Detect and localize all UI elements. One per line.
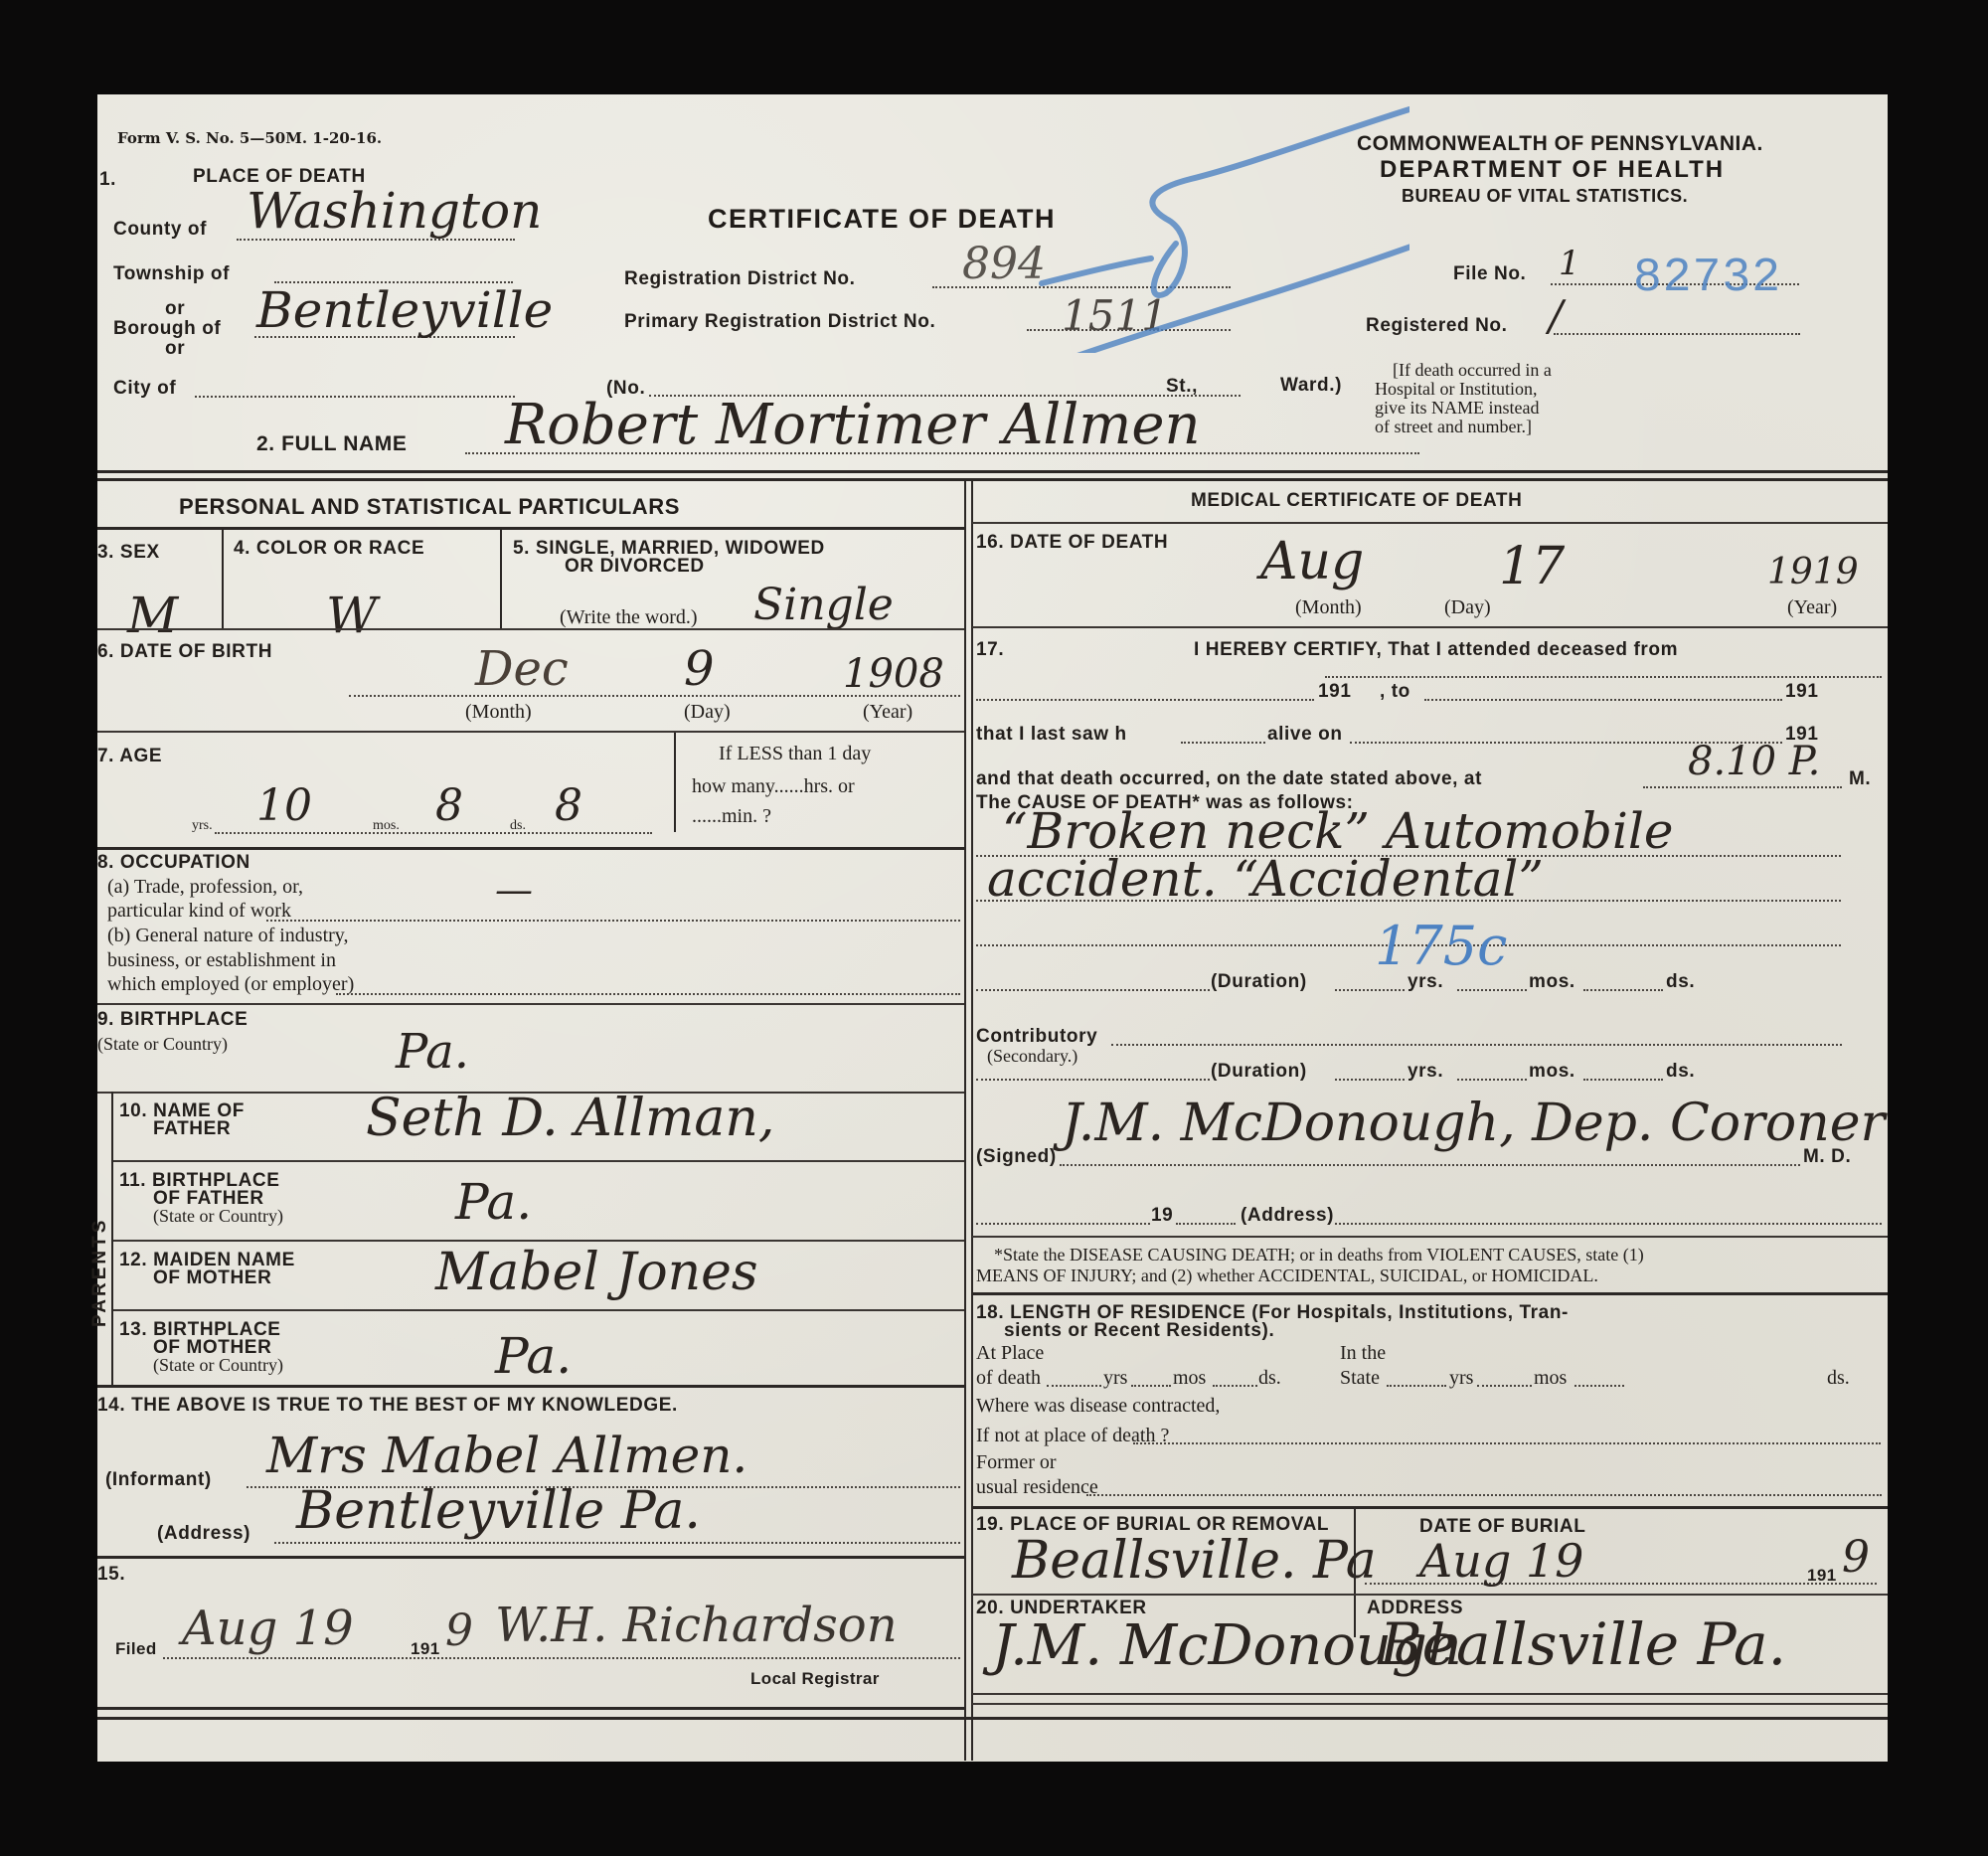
divider	[113, 1240, 964, 1242]
attended-from-year: 191	[1318, 681, 1352, 703]
registrar-signature[interactable]: W.H. Richardson	[495, 1598, 898, 1653]
father-birthplace-hint: (State or Country)	[153, 1206, 283, 1227]
md-label: M. D.	[1803, 1146, 1851, 1168]
birthplace-label: 9. BIRTHPLACE	[97, 1009, 248, 1031]
borough-label: Borough of	[113, 318, 221, 340]
race-value[interactable]: W	[326, 587, 377, 644]
contributory-label: Contributory	[976, 1026, 1097, 1048]
attended-to-line	[1424, 699, 1782, 701]
divider	[972, 626, 1888, 628]
filed-label: Filed	[115, 1639, 157, 1659]
burial-place-value[interactable]: Beallsville. Pa	[1012, 1531, 1377, 1591]
filed-line	[163, 1657, 960, 1659]
marital-value[interactable]: Single	[753, 580, 894, 630]
duration-ds-line	[1583, 1079, 1663, 1081]
attended-to-label: , to	[1380, 681, 1410, 703]
occupation-b-text-2: business, or establishment in	[107, 949, 336, 972]
divider	[972, 1236, 1888, 1238]
duration-line	[976, 989, 1210, 991]
divider	[97, 731, 964, 733]
township-label: Township of	[113, 263, 230, 285]
filed-section-number: 15.	[97, 1564, 125, 1586]
in-state-label-2: State	[1340, 1367, 1380, 1390]
form-number: Form V. S. No. 5—50M. 1-20-16.	[117, 129, 382, 147]
res-place-mos: mos	[1173, 1367, 1206, 1390]
age-label: 7. AGE	[97, 746, 162, 767]
filed-year-prefix: 191	[411, 1639, 440, 1659]
cause-value-2[interactable]: accident. “Accidental”	[987, 850, 1544, 908]
contributory-line	[1111, 1044, 1842, 1046]
res-place-yrs-line	[1047, 1385, 1101, 1387]
duration-ds-line	[1583, 989, 1663, 991]
signature-year-line	[1176, 1223, 1236, 1225]
death-certificate: Form V. S. No. 5—50M. 1-20-16. 1. PLACE …	[97, 94, 1888, 1762]
death-day-caption: (Day)	[1444, 596, 1491, 619]
ward-label: Ward.)	[1280, 375, 1342, 397]
death-month[interactable]: Aug	[1260, 532, 1364, 591]
sex-label: 3. SEX	[97, 542, 160, 564]
death-month-caption: (Month)	[1295, 596, 1362, 619]
full-name-value[interactable]: Robert Mortimer Allmen	[505, 393, 1201, 457]
last-saw-line	[1181, 742, 1265, 744]
occupation-b-line	[336, 993, 960, 995]
signature-address-label: (Address)	[1241, 1205, 1334, 1227]
city-label: City of	[113, 378, 176, 400]
divider	[97, 470, 1888, 473]
less-than-day-hrs: how many......hrs. or	[692, 775, 855, 798]
divider	[97, 1385, 964, 1388]
former-residence-label: Former or	[976, 1451, 1057, 1474]
burial-year-suffix[interactable]: 9	[1842, 1532, 1870, 1583]
birthplace-hint: (State or Country)	[97, 1034, 228, 1055]
age-ds-label: ds.	[510, 818, 526, 834]
dob-year[interactable]: 1908	[843, 651, 944, 697]
duration-mos-line	[1457, 989, 1527, 991]
column-divider	[964, 478, 966, 1761]
blue-pencil-mark-icon	[952, 104, 1409, 353]
knowledge-label: 14. THE ABOVE IS TRUE TO THE BEST OF MY …	[97, 1395, 678, 1417]
age-months[interactable]: 8	[435, 780, 463, 831]
father-name-value[interactable]: Seth D. Allman,	[366, 1089, 774, 1148]
cell-divider	[674, 733, 676, 832]
divider	[972, 1292, 1888, 1295]
duration-yrs: yrs.	[1408, 971, 1443, 993]
informant-value[interactable]: Mrs Mabel Allmen.	[266, 1427, 747, 1484]
occupation-b-text: (b) General nature of industry,	[107, 925, 349, 947]
secondary-label: (Secondary.)	[987, 1046, 1077, 1067]
res-state-mos: mos	[1534, 1367, 1567, 1390]
res-place-mos-line	[1131, 1385, 1171, 1387]
dob-label: 6. DATE OF BIRTH	[97, 641, 272, 663]
burial-date-value[interactable]: Aug 19	[1419, 1534, 1583, 1588]
or-label: or	[165, 298, 185, 320]
mother-birthplace-value[interactable]: Pa.	[495, 1327, 572, 1385]
cell-divider	[500, 529, 502, 628]
death-time-value[interactable]: 8.10 P.	[1688, 739, 1820, 784]
duration-label-2: (Duration)	[1211, 1061, 1307, 1083]
attended-from-line	[976, 699, 1314, 701]
personal-heading: PERSONAL AND STATISTICAL PARTICULARS	[179, 494, 680, 520]
mother-birthplace-hint: (State or Country)	[153, 1355, 283, 1376]
birthplace-value[interactable]: Pa.	[396, 1024, 469, 1080]
informant-label: (Informant)	[105, 1469, 212, 1491]
age-days[interactable]: 8	[555, 780, 582, 831]
divider	[97, 1717, 1888, 1720]
divider	[113, 1160, 964, 1162]
dob-day[interactable]: 9	[684, 641, 715, 697]
year-caption: (Year)	[863, 701, 912, 724]
registration-district-label: Registration District No.	[624, 268, 855, 290]
race-label: 4. COLOR OR RACE	[234, 538, 424, 560]
informant-address-label: (Address)	[157, 1523, 250, 1545]
burial-year-prefix: 191	[1807, 1566, 1837, 1586]
file-no-handwritten[interactable]: 1	[1559, 244, 1580, 283]
agency-bureau: BUREAU OF VITAL STATISTICS.	[1402, 186, 1688, 207]
certify-text: I HEREBY CERTIFY, That I attended deceas…	[1194, 639, 1678, 661]
divider	[97, 1003, 964, 1005]
date-of-death-label: 16. DATE OF DEATH	[976, 532, 1168, 554]
age-mos-label: mos.	[373, 818, 400, 834]
signature-year-prefix: 19	[1151, 1205, 1173, 1227]
divider	[97, 527, 964, 530]
res-state-yrs-line	[1387, 1385, 1446, 1387]
divider	[113, 1309, 964, 1311]
where-contracted-line	[1133, 1442, 1881, 1444]
res-place-ds: ds.	[1258, 1367, 1281, 1390]
duration-yrs-2: yrs.	[1408, 1061, 1443, 1083]
county-label: County of	[113, 219, 207, 241]
father-name-label-2: FATHER	[153, 1118, 231, 1140]
where-contracted-label: Where was disease contracted,	[976, 1395, 1220, 1418]
duration-line	[976, 1079, 1210, 1081]
mother-name-label-2: OF MOTHER	[153, 1267, 271, 1289]
in-state-label: In the	[1340, 1342, 1386, 1365]
parents-vertical-label: PARENTS	[89, 1218, 111, 1327]
undertaker-address-value[interactable]: Beallsville Pa.	[1380, 1610, 1786, 1678]
duration-ds: ds.	[1666, 971, 1695, 993]
occupation-a-text-2: particular kind of work	[107, 900, 291, 923]
occupation-a-line	[266, 920, 960, 922]
duration-mos-2: mos.	[1529, 1061, 1575, 1083]
medical-heading: MEDICAL CERTIFICATE OF DEATH	[1191, 490, 1522, 512]
divider	[972, 1693, 1888, 1695]
footnote-line-1: *State the DISEASE CAUSING DEATH; or in …	[994, 1245, 1644, 1265]
divider	[97, 847, 964, 850]
agency-department: DEPARTMENT OF HEALTH	[1380, 156, 1725, 184]
age-line	[215, 832, 652, 834]
former-residence-label-2: usual residence	[976, 1476, 1098, 1499]
or-label: or	[165, 338, 185, 360]
file-no-label: File No.	[1453, 263, 1526, 285]
residence-label-2: sients or Recent Residents).	[1004, 1320, 1274, 1342]
local-registrar-label: Local Registrar	[750, 1669, 880, 1689]
duration-mos-line	[1457, 1079, 1527, 1081]
age-years[interactable]: 10	[256, 780, 312, 831]
filed-year-suffix[interactable]: 9	[445, 1605, 473, 1656]
divider	[972, 1703, 1888, 1705]
day-caption: (Day)	[684, 701, 731, 724]
death-time-line	[1643, 786, 1842, 788]
former-residence-line	[1086, 1494, 1882, 1496]
res-place-yrs: yrs	[1103, 1367, 1127, 1390]
res-state-mos-line	[1477, 1385, 1532, 1387]
borough-value[interactable]: Bentleyville	[256, 281, 553, 339]
signed-label: (Signed)	[976, 1146, 1057, 1168]
death-day[interactable]: 17	[1499, 537, 1565, 596]
divider	[97, 1556, 964, 1559]
marital-label-2: OR DIVORCED	[565, 556, 705, 578]
death-time-label: and that death occurred, on the date sta…	[976, 768, 1482, 790]
agency-commonwealth: COMMONWEALTH OF PENNSYLVANIA.	[1357, 132, 1763, 156]
duration-yrs-line	[1335, 989, 1405, 991]
footnote-line-2: MEANS OF INJURY; and (2) whether ACCIDEN…	[976, 1265, 1598, 1286]
divider	[97, 628, 964, 630]
divider	[97, 1707, 964, 1710]
last-saw-label: that I last saw h	[976, 724, 1127, 746]
less-than-day-text: If LESS than 1 day	[719, 743, 871, 765]
certifier-signature[interactable]: J.M. McDonough, Dep. Coroner	[1062, 1094, 1885, 1153]
hospital-note: [If death occurred in a Hospital or Inst…	[1375, 361, 1552, 436]
marital-hint: (Write the word.)	[560, 606, 698, 629]
res-state-yrs: yrs	[1449, 1367, 1473, 1390]
res-state-ds-line	[1574, 1385, 1624, 1387]
city-line	[195, 396, 515, 398]
certify-number: 17.	[976, 639, 1004, 661]
divider	[972, 1506, 1888, 1509]
occupation-b-text-3: which employed (or employer)	[107, 973, 354, 996]
section-1-number: 1.	[99, 169, 116, 191]
full-name-label: 2. FULL NAME	[256, 432, 407, 456]
duration-yrs-line	[1335, 1079, 1405, 1081]
alive-on-label: alive on	[1267, 724, 1343, 746]
signature-address-line	[1335, 1223, 1882, 1225]
column-divider	[971, 478, 973, 1761]
dob-month[interactable]: Dec	[475, 641, 569, 697]
mother-name-value[interactable]: Mabel Jones	[435, 1243, 758, 1302]
registered-no-line	[1554, 333, 1800, 335]
primary-district-label: Primary Registration District No.	[624, 311, 935, 333]
occupation-a-text: (a) Trade, profession, or,	[107, 876, 303, 899]
death-time-m: M.	[1849, 768, 1871, 790]
cell-divider	[222, 529, 224, 628]
occupation-label: 8. OCCUPATION	[97, 852, 250, 874]
signed-line	[1060, 1164, 1800, 1166]
month-caption: (Month)	[465, 701, 532, 724]
age-yrs-label: yrs.	[192, 818, 213, 834]
death-year[interactable]: 1919	[1767, 552, 1859, 592]
res-place-ds-line	[1213, 1385, 1257, 1387]
at-place-label: At Place	[976, 1342, 1044, 1365]
sex-value[interactable]: M	[127, 587, 178, 644]
county-value[interactable]: Washington	[247, 182, 542, 240]
divider	[97, 478, 1888, 481]
parents-divider	[111, 1092, 113, 1385]
occupation-a-value[interactable]: —	[495, 868, 533, 912]
cause-code: 175c	[1375, 915, 1507, 977]
less-than-day-min: ......min. ?	[692, 805, 771, 828]
res-state-ds: ds.	[1827, 1367, 1850, 1390]
informant-address-line	[274, 1542, 960, 1544]
duration-label: (Duration)	[1211, 971, 1307, 993]
file-no-stamp: 82732	[1633, 252, 1781, 305]
at-place-label-2: of death	[976, 1367, 1041, 1390]
divider	[972, 1594, 1888, 1596]
duration-mos: mos.	[1529, 971, 1575, 993]
date-of-death-line	[1325, 676, 1882, 678]
death-year-caption: (Year)	[1787, 596, 1837, 619]
informant-address-value[interactable]: Bentleyville Pa.	[296, 1481, 701, 1541]
duration-ds-2: ds.	[1666, 1061, 1695, 1083]
attended-to-year: 191	[1785, 681, 1819, 703]
divider	[972, 522, 1888, 524]
father-birthplace-value[interactable]: Pa.	[455, 1173, 532, 1231]
registered-no-value[interactable]: /	[1549, 291, 1563, 340]
filed-date[interactable]: Aug 19	[182, 1601, 354, 1656]
signature-date-line	[976, 1223, 1150, 1225]
